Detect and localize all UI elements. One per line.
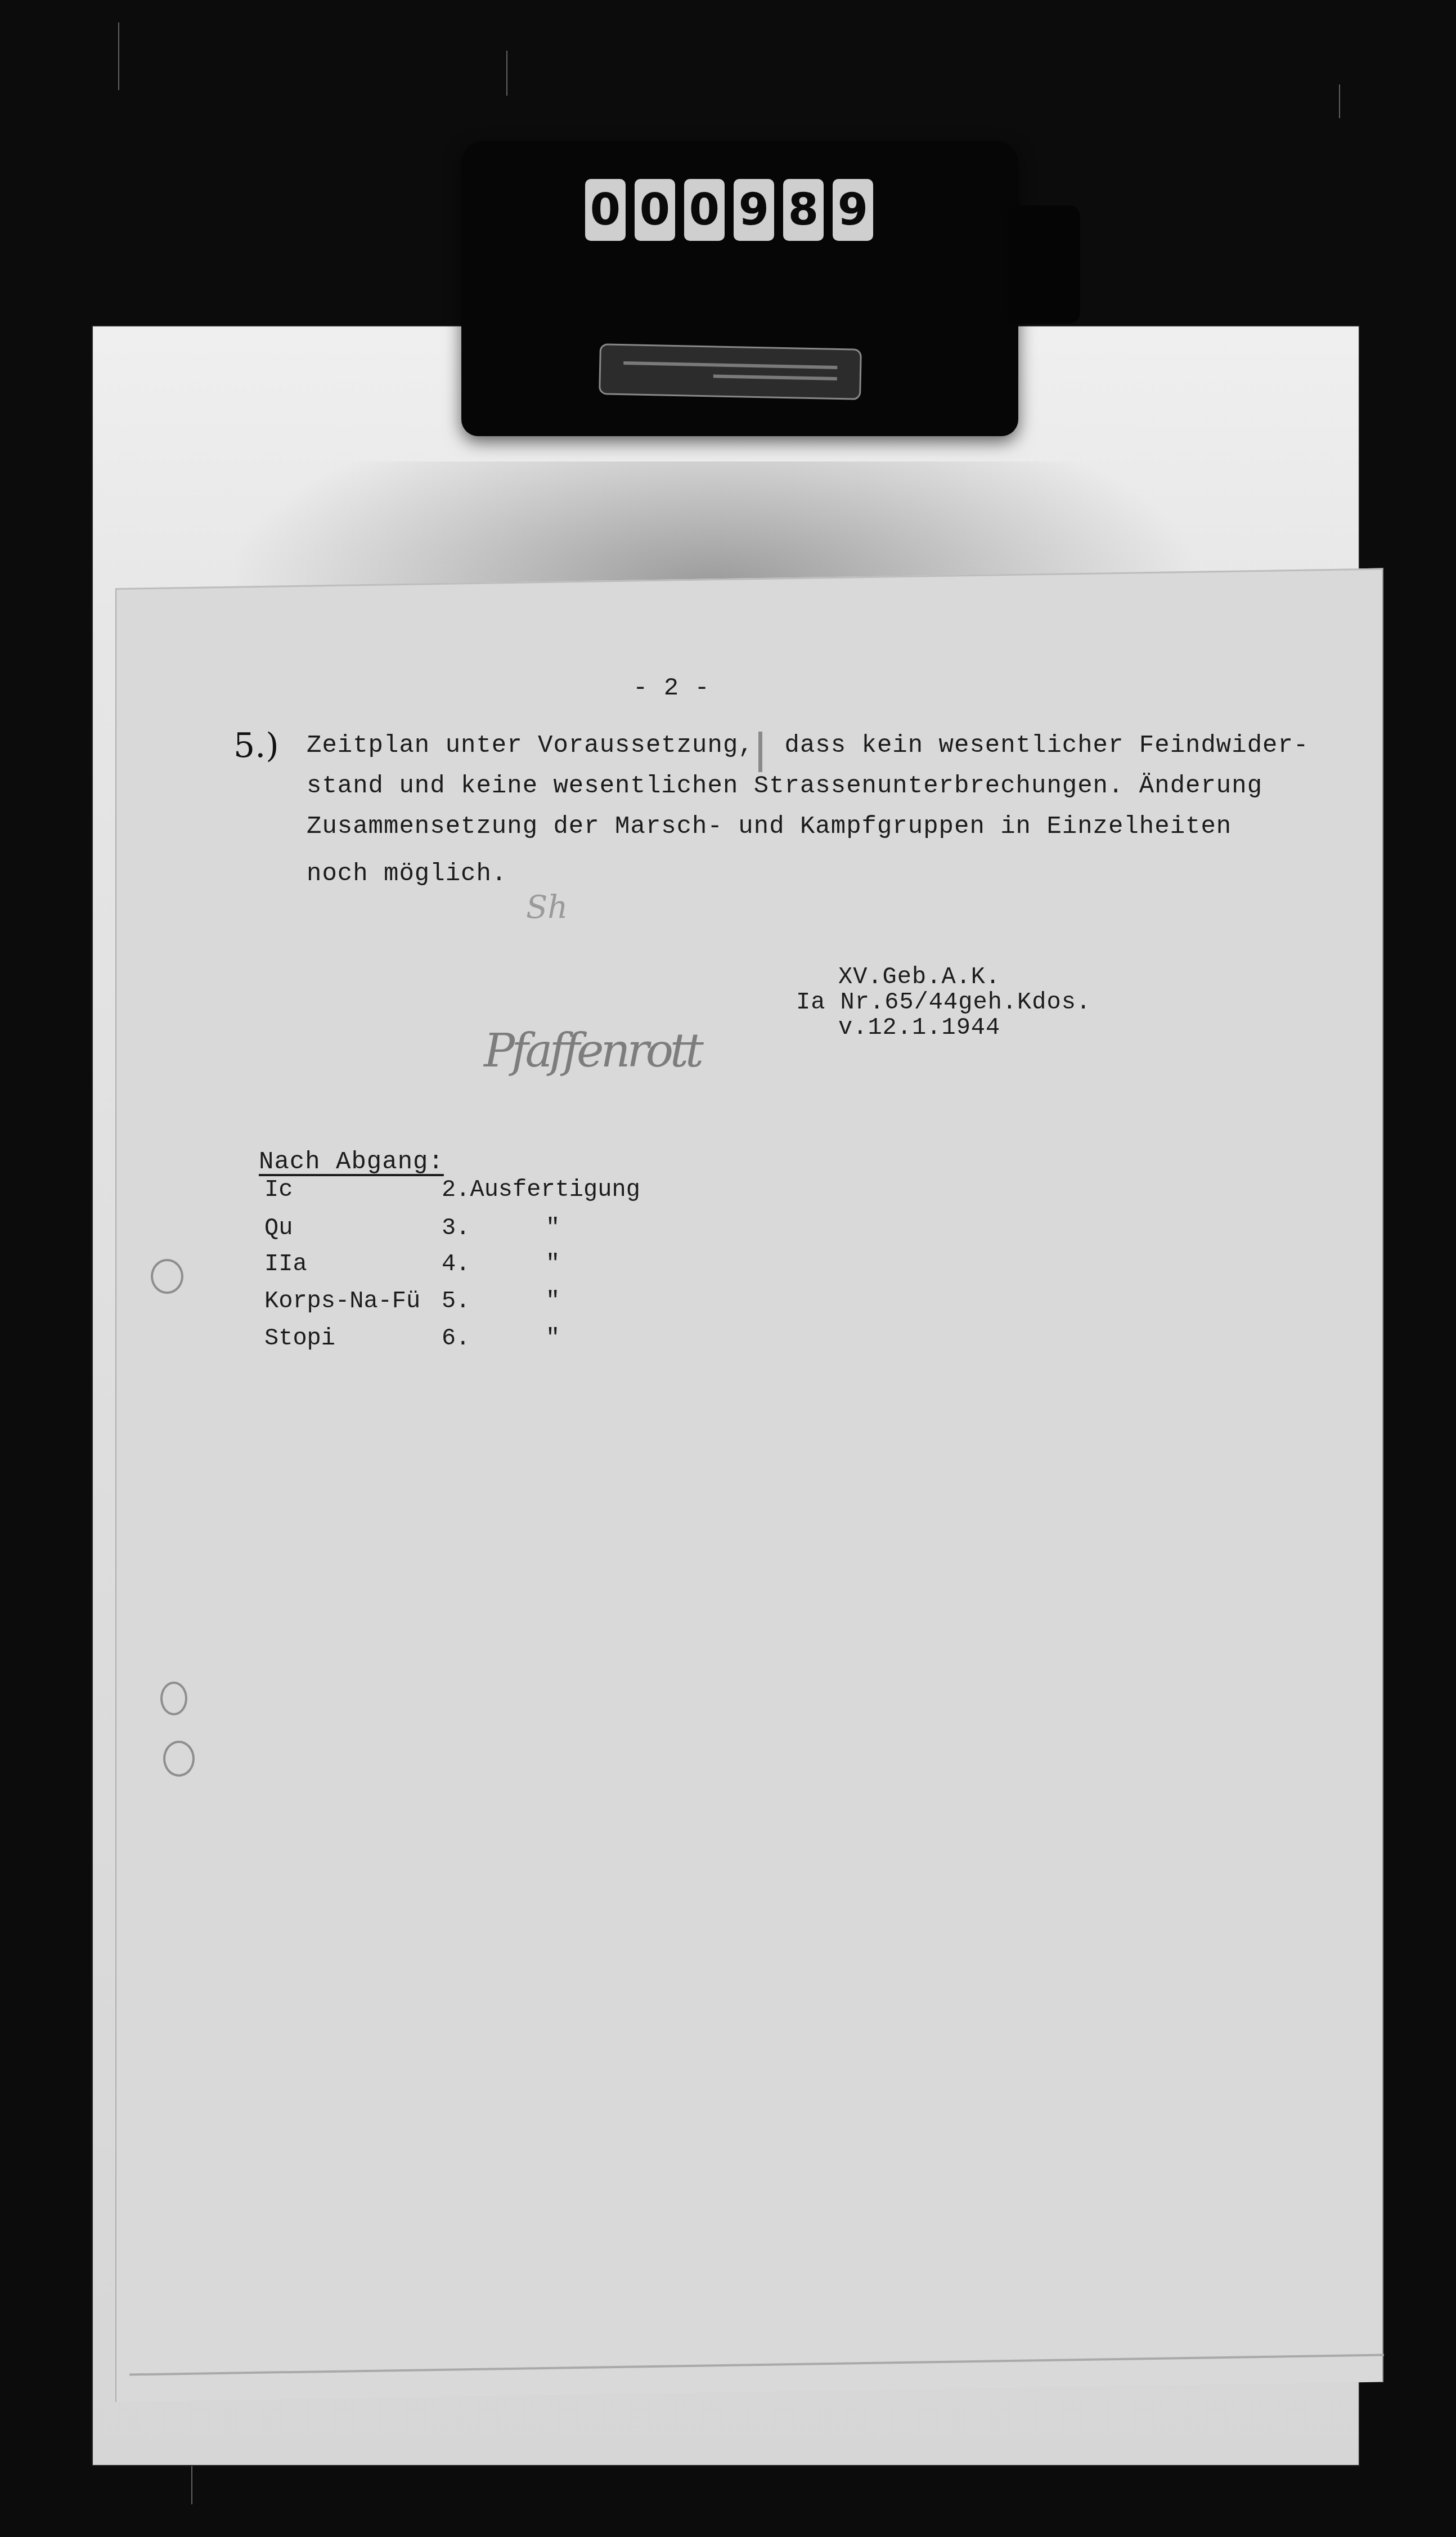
- distribution-row: Korps-Na-Fü 5. ": [264, 1288, 560, 1315]
- plate-engraving: [623, 361, 837, 369]
- handwritten-initials: Sh: [526, 889, 568, 926]
- copy-label: ": [546, 1214, 560, 1241]
- correction-mark: [758, 732, 762, 772]
- copy-number: 6.: [442, 1325, 546, 1352]
- film-scratch: [1339, 84, 1340, 118]
- paragraph-line: Zeitplan unter Voraussetzung, dass kein …: [307, 732, 1309, 760]
- punch-hole-mark: [163, 1741, 195, 1777]
- reference-number: Ia Nr.65/44geh.Kdos.: [796, 989, 1091, 1016]
- copy-number: 3.: [442, 1214, 546, 1241]
- copy-label: Ausfertigung: [470, 1176, 640, 1203]
- typed-sheet: [115, 568, 1383, 2402]
- copy-label: ": [546, 1250, 560, 1278]
- copy-label: ": [546, 1288, 560, 1315]
- reference-unit: XV.Geb.A.K.: [838, 963, 1000, 990]
- handwritten-signature: Pfaffenrott: [484, 1024, 700, 1078]
- copy-number: 4.: [442, 1250, 546, 1278]
- copy-number: 5.: [442, 1288, 546, 1315]
- paragraph-line: noch möglich.: [307, 860, 507, 888]
- distribution-heading: Nach Abgang:: [259, 1148, 444, 1176]
- copy-label: ": [546, 1325, 560, 1352]
- film-scratch: [118, 23, 119, 90]
- counter-digit: 0: [635, 179, 675, 241]
- punch-hole-mark: [151, 1259, 183, 1294]
- paragraph-line: Zusammensetzung der Marsch- und Kampfgru…: [307, 813, 1232, 841]
- recipient: Stopi: [264, 1325, 442, 1352]
- film-scratch: [191, 2465, 192, 2504]
- plate-engraving: [713, 374, 837, 380]
- counter-digit: 9: [833, 179, 873, 241]
- distribution-row: Qu 3. ": [264, 1214, 560, 1241]
- counter-digit: 8: [783, 179, 824, 241]
- counter-digit: 0: [684, 179, 725, 241]
- recipient: Qu: [264, 1214, 442, 1241]
- counter-nameplate: [599, 343, 862, 400]
- recipient: Korps-Na-Fü: [264, 1288, 442, 1315]
- item-marker: 5.): [233, 726, 279, 765]
- counter-digit: 0: [585, 179, 626, 241]
- recipient: IIa: [264, 1250, 442, 1278]
- copy-number: 2.: [442, 1176, 470, 1203]
- film-scratch: [506, 51, 507, 96]
- counter-knob: [1007, 205, 1080, 324]
- paragraph-line: stand und keine wesentlichen Strassenunt…: [307, 772, 1262, 800]
- distribution-row: Ic 2. Ausfertigung: [264, 1176, 640, 1203]
- counter-digits: 0 0 0 9 8 9: [585, 179, 873, 241]
- distribution-row: IIa 4. ": [264, 1250, 560, 1278]
- counter-digit: 9: [734, 179, 774, 241]
- distribution-row: Stopi 6. ": [264, 1325, 560, 1352]
- reference-date: v.12.1.1944: [838, 1014, 1000, 1041]
- recipient: Ic: [264, 1176, 442, 1203]
- page-number: - 2 -: [633, 674, 710, 702]
- punch-hole-mark: [160, 1682, 187, 1715]
